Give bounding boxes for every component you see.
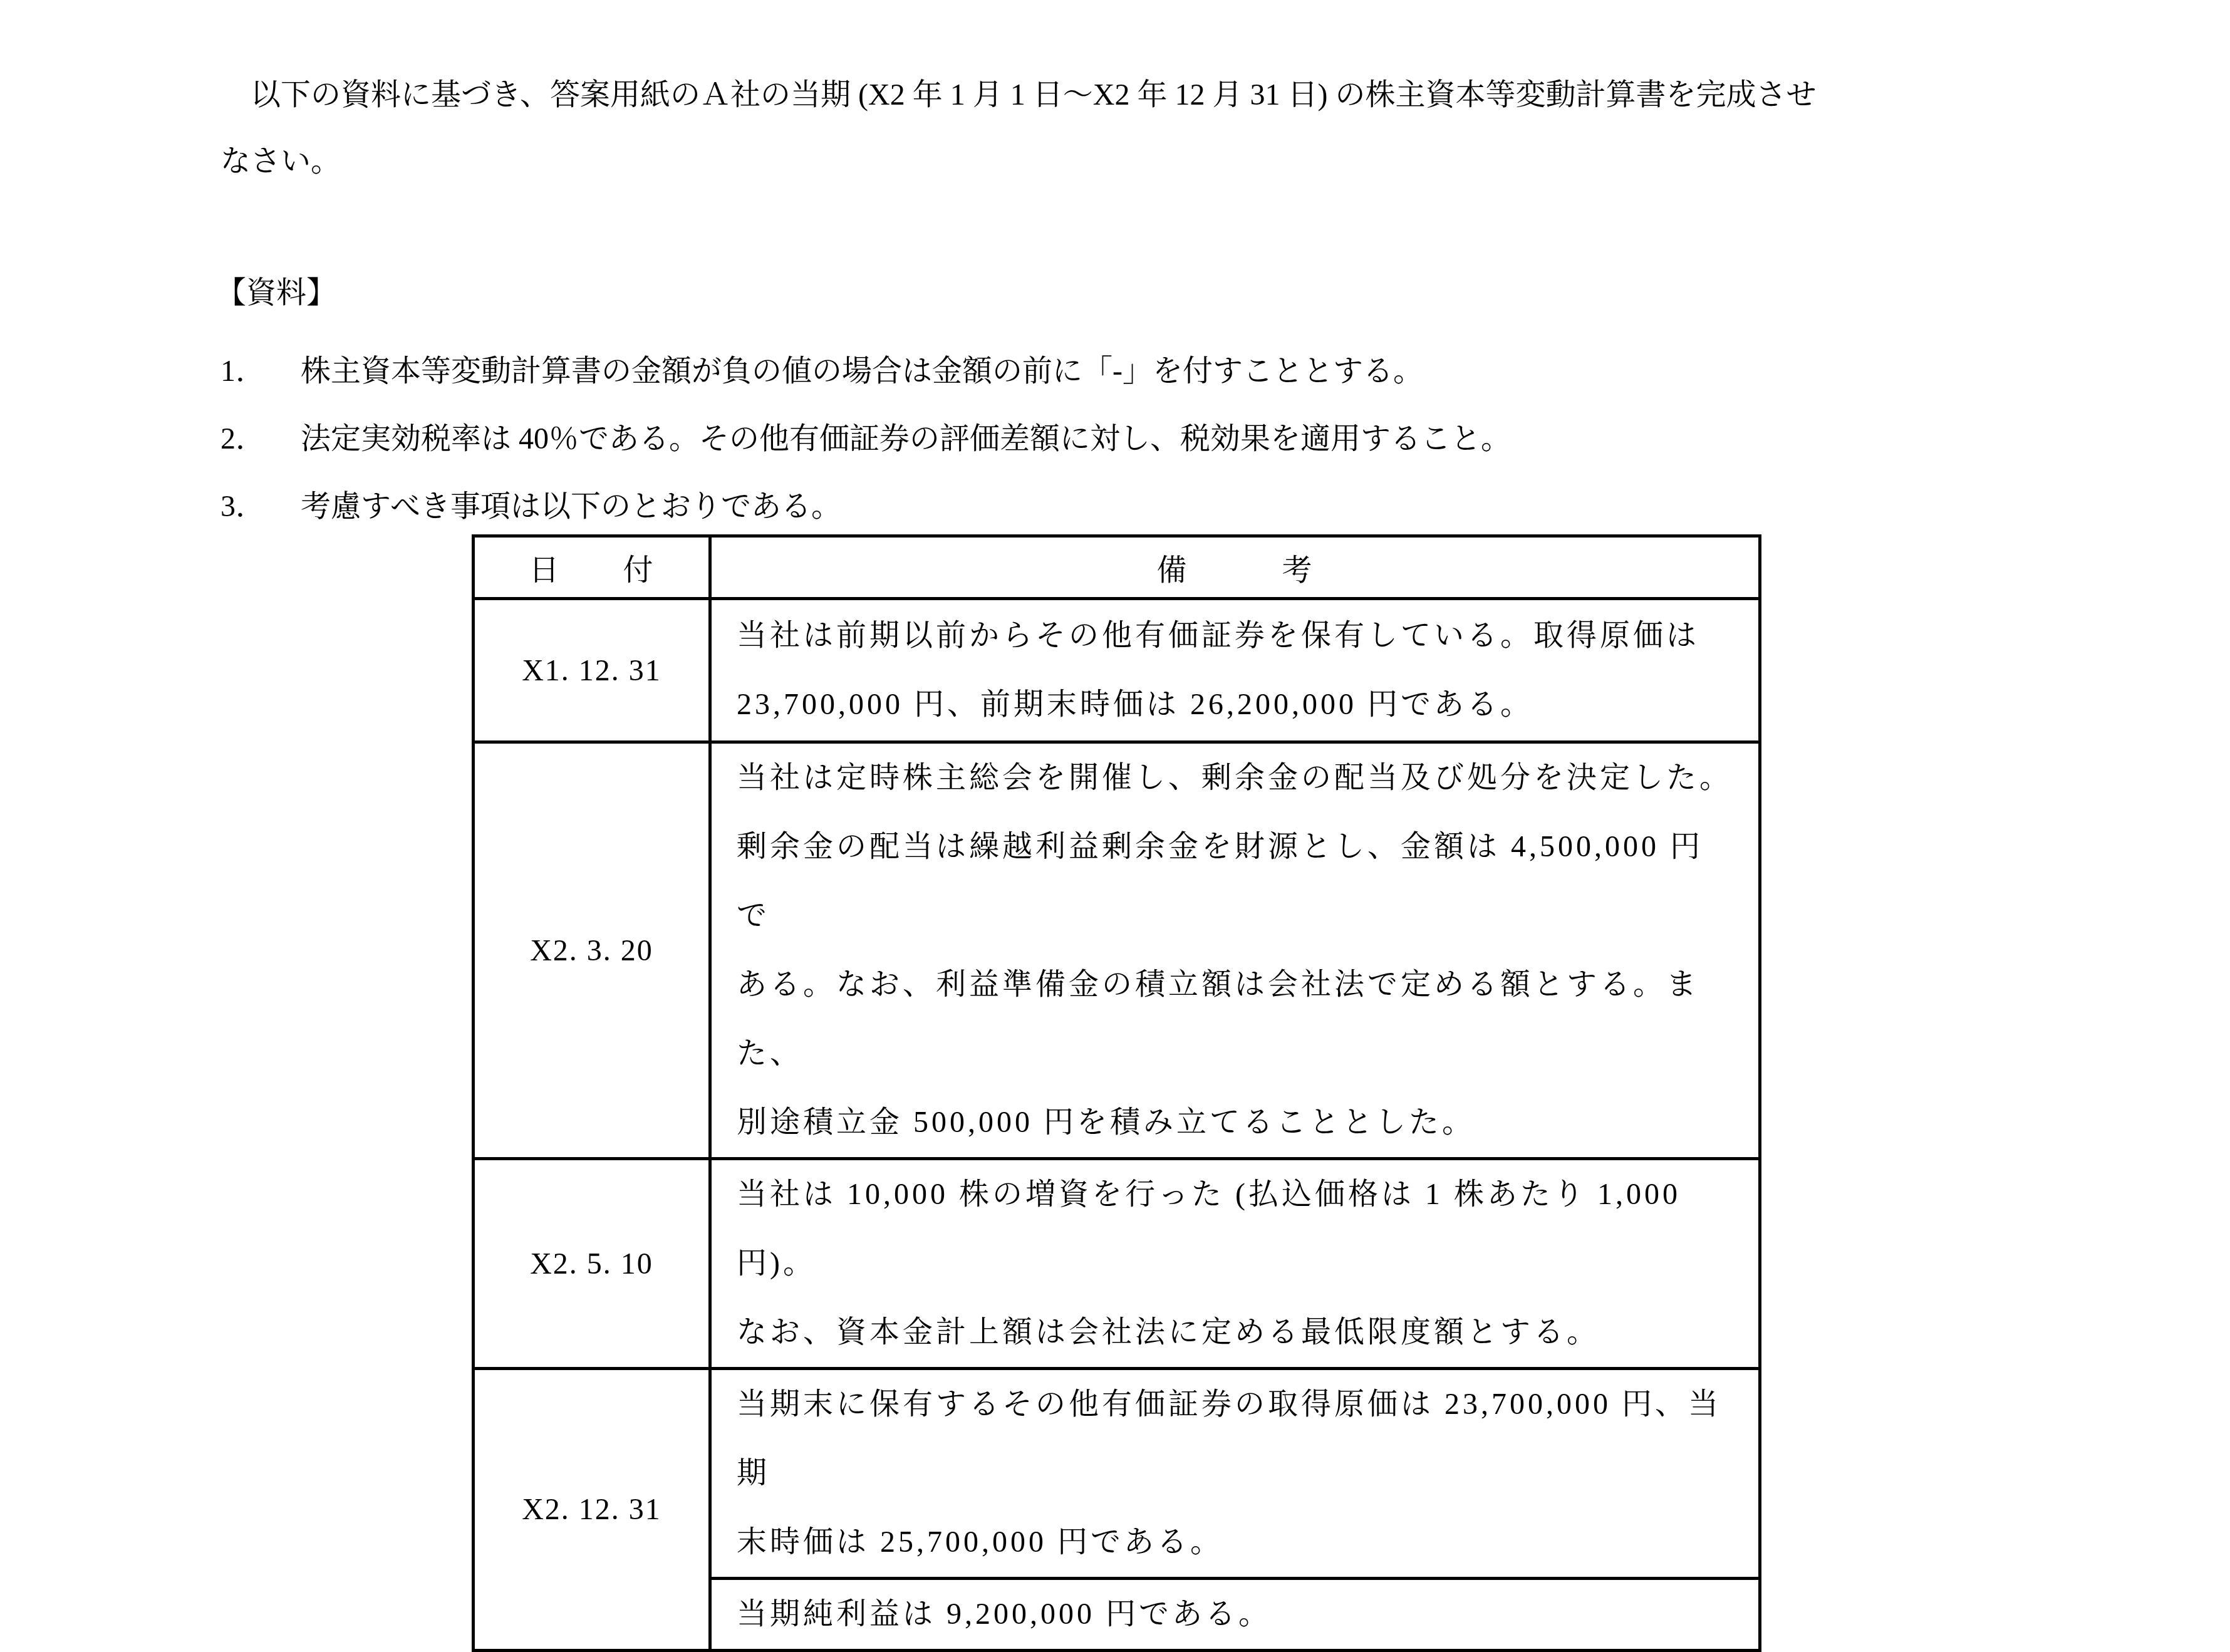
remarks-cell-x2-3-20: 当社は定時株主総会を開催し、剰余金の配当及び処分を決定した。 剰余金の配当は繰越…: [710, 742, 1760, 1159]
material-item-1-text: 株主資本等変動計算書の金額が負の値の場合は金額の前に「-」を付すこととする。: [301, 355, 1423, 388]
material-item-2-number: 2．: [220, 405, 301, 473]
remarks-cell-x2-5-10: 当社は 10,000 株の増資を行った (払込価格は 1 株あたり 1,000 …: [710, 1159, 1760, 1369]
notes-table-wrapper: 日 付 備 考 X1. 12. 31 当社は前期以前からその他有価証券を保有して…: [472, 534, 1761, 1652]
material-item-1-number: 1．: [220, 338, 301, 405]
notes-table: 日 付 備 考 X1. 12. 31 当社は前期以前からその他有価証券を保有して…: [472, 534, 1761, 1652]
intro-line-2: なさい。: [220, 128, 2068, 195]
document-page: 以下の資料に基づき、答案用紙のＡ社の当期 (X2 年 1 月 1 日～X2 年 …: [0, 0, 2230, 1410]
material-item-3: 3．考慮すべき事項は以下のとおりである。: [220, 473, 2068, 541]
table-row-x2-12-31-a: X2. 12. 31 当期末に保有するその他有価証券の取得原価は 23,700,…: [474, 1369, 1760, 1579]
date-cell-x2-12-31: X2. 12. 31: [474, 1369, 710, 1651]
remarks-cell-x1-12-31: 当社は前期以前からその他有価証券を保有している。取得原価は 23,700,000…: [710, 599, 1760, 742]
remarks-cell-x2-12-31-securities: 当期末に保有するその他有価証券の取得原価は 23,700,000 円、当期 末時…: [710, 1369, 1760, 1579]
material-item-1: 1．株主資本等変動計算書の金額が負の値の場合は金額の前に「-」を付すこととする。: [220, 338, 2068, 405]
remarks-cell-x2-12-31-net-income: 当期純利益は 9,200,000 円である。: [710, 1579, 1760, 1651]
table-row-x1-12-31: X1. 12. 31 当社は前期以前からその他有価証券を保有している。取得原価は…: [474, 599, 1760, 742]
materials-heading: 【資料】: [216, 260, 336, 326]
table-header-row: 日 付 備 考: [474, 536, 1760, 599]
table-header-remarks: 備 考: [710, 536, 1760, 599]
material-item-2: 2．法定実効税率は 40％である。その他有価証券の評価差額に対し、税効果を適用す…: [220, 405, 2068, 473]
date-cell-x2-5-10: X2. 5. 10: [474, 1159, 710, 1369]
materials-list: 1．株主資本等変動計算書の金額が負の値の場合は金額の前に「-」を付すこととする。…: [220, 338, 2068, 541]
material-item-3-number: 3．: [220, 473, 301, 541]
intro-paragraph: 以下の資料に基づき、答案用紙のＡ社の当期 (X2 年 1 月 1 日～X2 年 …: [220, 62, 2068, 195]
date-cell-x1-12-31: X1. 12. 31: [474, 599, 710, 742]
material-item-3-text: 考慮すべき事項は以下のとおりである。: [301, 490, 841, 523]
table-header-date: 日 付: [474, 536, 710, 599]
table-row-x2-3-20: X2. 3. 20 当社は定時株主総会を開催し、剰余金の配当及び処分を決定した。…: [474, 742, 1760, 1159]
table-row-x2-5-10: X2. 5. 10 当社は 10,000 株の増資を行った (払込価格は 1 株…: [474, 1159, 1760, 1369]
date-cell-x2-3-20: X2. 3. 20: [474, 742, 710, 1159]
material-item-2-text: 法定実効税率は 40％である。その他有価証券の評価差額に対し、税効果を適用するこ…: [301, 422, 1511, 455]
intro-line-1: 以下の資料に基づき、答案用紙のＡ社の当期 (X2 年 1 月 1 日～X2 年 …: [220, 62, 2068, 128]
